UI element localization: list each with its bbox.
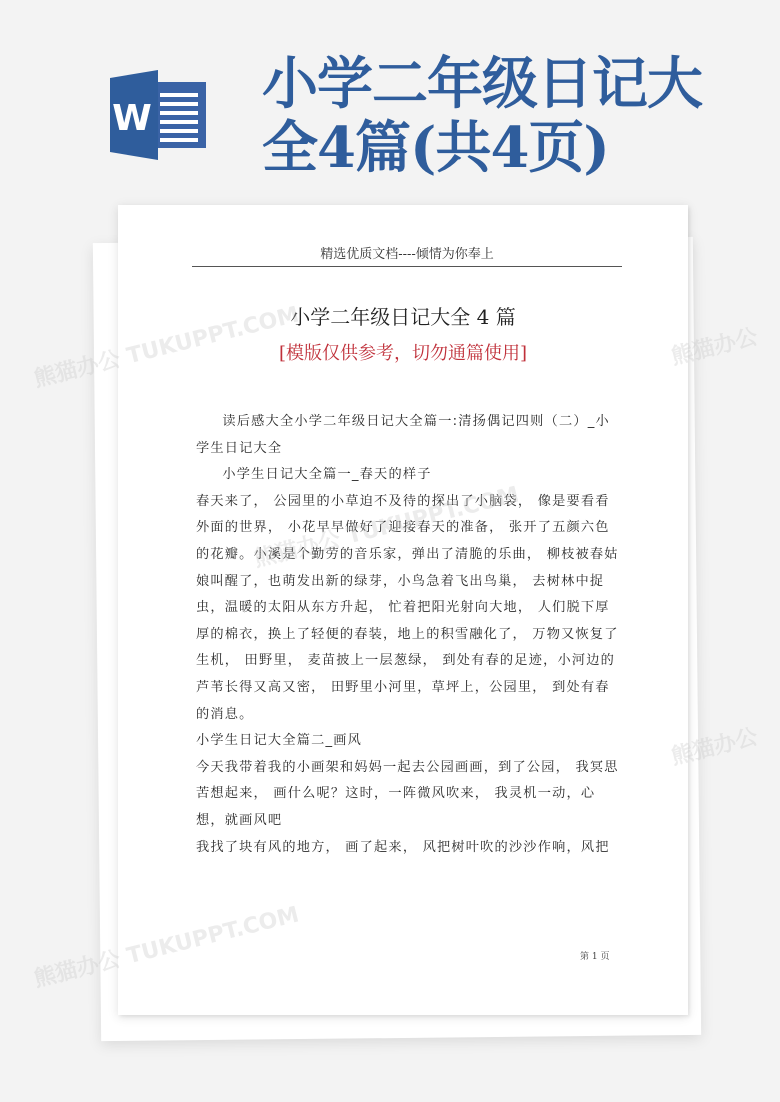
- document-title: 小学二年级日记大全 4 篇: [118, 301, 688, 330]
- banner-title: 小学二年级日记大 全4篇(共4页): [262, 52, 762, 180]
- document-body: 读后感大全小学二年级日记大全篇一:清扬偶记四则（二）_小学生日记大全 小学生日记…: [196, 409, 624, 861]
- page-number: 第 1 页: [580, 949, 609, 962]
- paragraph: 今天我带着我的小画架和妈妈一起去公园画画，到了公园， 我冥思苦想起来， 画什么呢…: [196, 755, 624, 835]
- document-subtitle: [模版仅供参考，切勿通篇使用]: [118, 339, 688, 365]
- paragraph: 我找了块有风的地方， 画了起来， 风把树叶吹的沙沙作响，风把: [196, 835, 624, 862]
- section-heading: 小学生日记大全篇一_春天的样子: [196, 462, 624, 489]
- document-page: 精选优质文档----倾情为你奉上 小学二年级日记大全 4 篇 [模版仅供参考，切…: [118, 205, 688, 1015]
- banner-title-line1: 小学二年级日记大: [262, 52, 762, 116]
- svg-text:W: W: [112, 98, 152, 139]
- word-document-icon: W: [108, 68, 208, 162]
- paragraph: 读后感大全小学二年级日记大全篇一:清扬偶记四则（二）_小学生日记大全: [196, 409, 624, 462]
- running-header: 精选优质文档----倾情为你奉上: [192, 243, 622, 267]
- paragraph: 春天来了， 公园里的小草迫不及待的探出了小脑袋， 像是要看看外面的世界， 小花早…: [196, 489, 624, 728]
- banner-title-line2: 全4篇(共4页): [262, 116, 762, 180]
- banner-header: W 小学二年级日记大 全4篇(共4页): [0, 0, 780, 200]
- section-heading: 小学生日记大全篇二_画风: [196, 728, 624, 755]
